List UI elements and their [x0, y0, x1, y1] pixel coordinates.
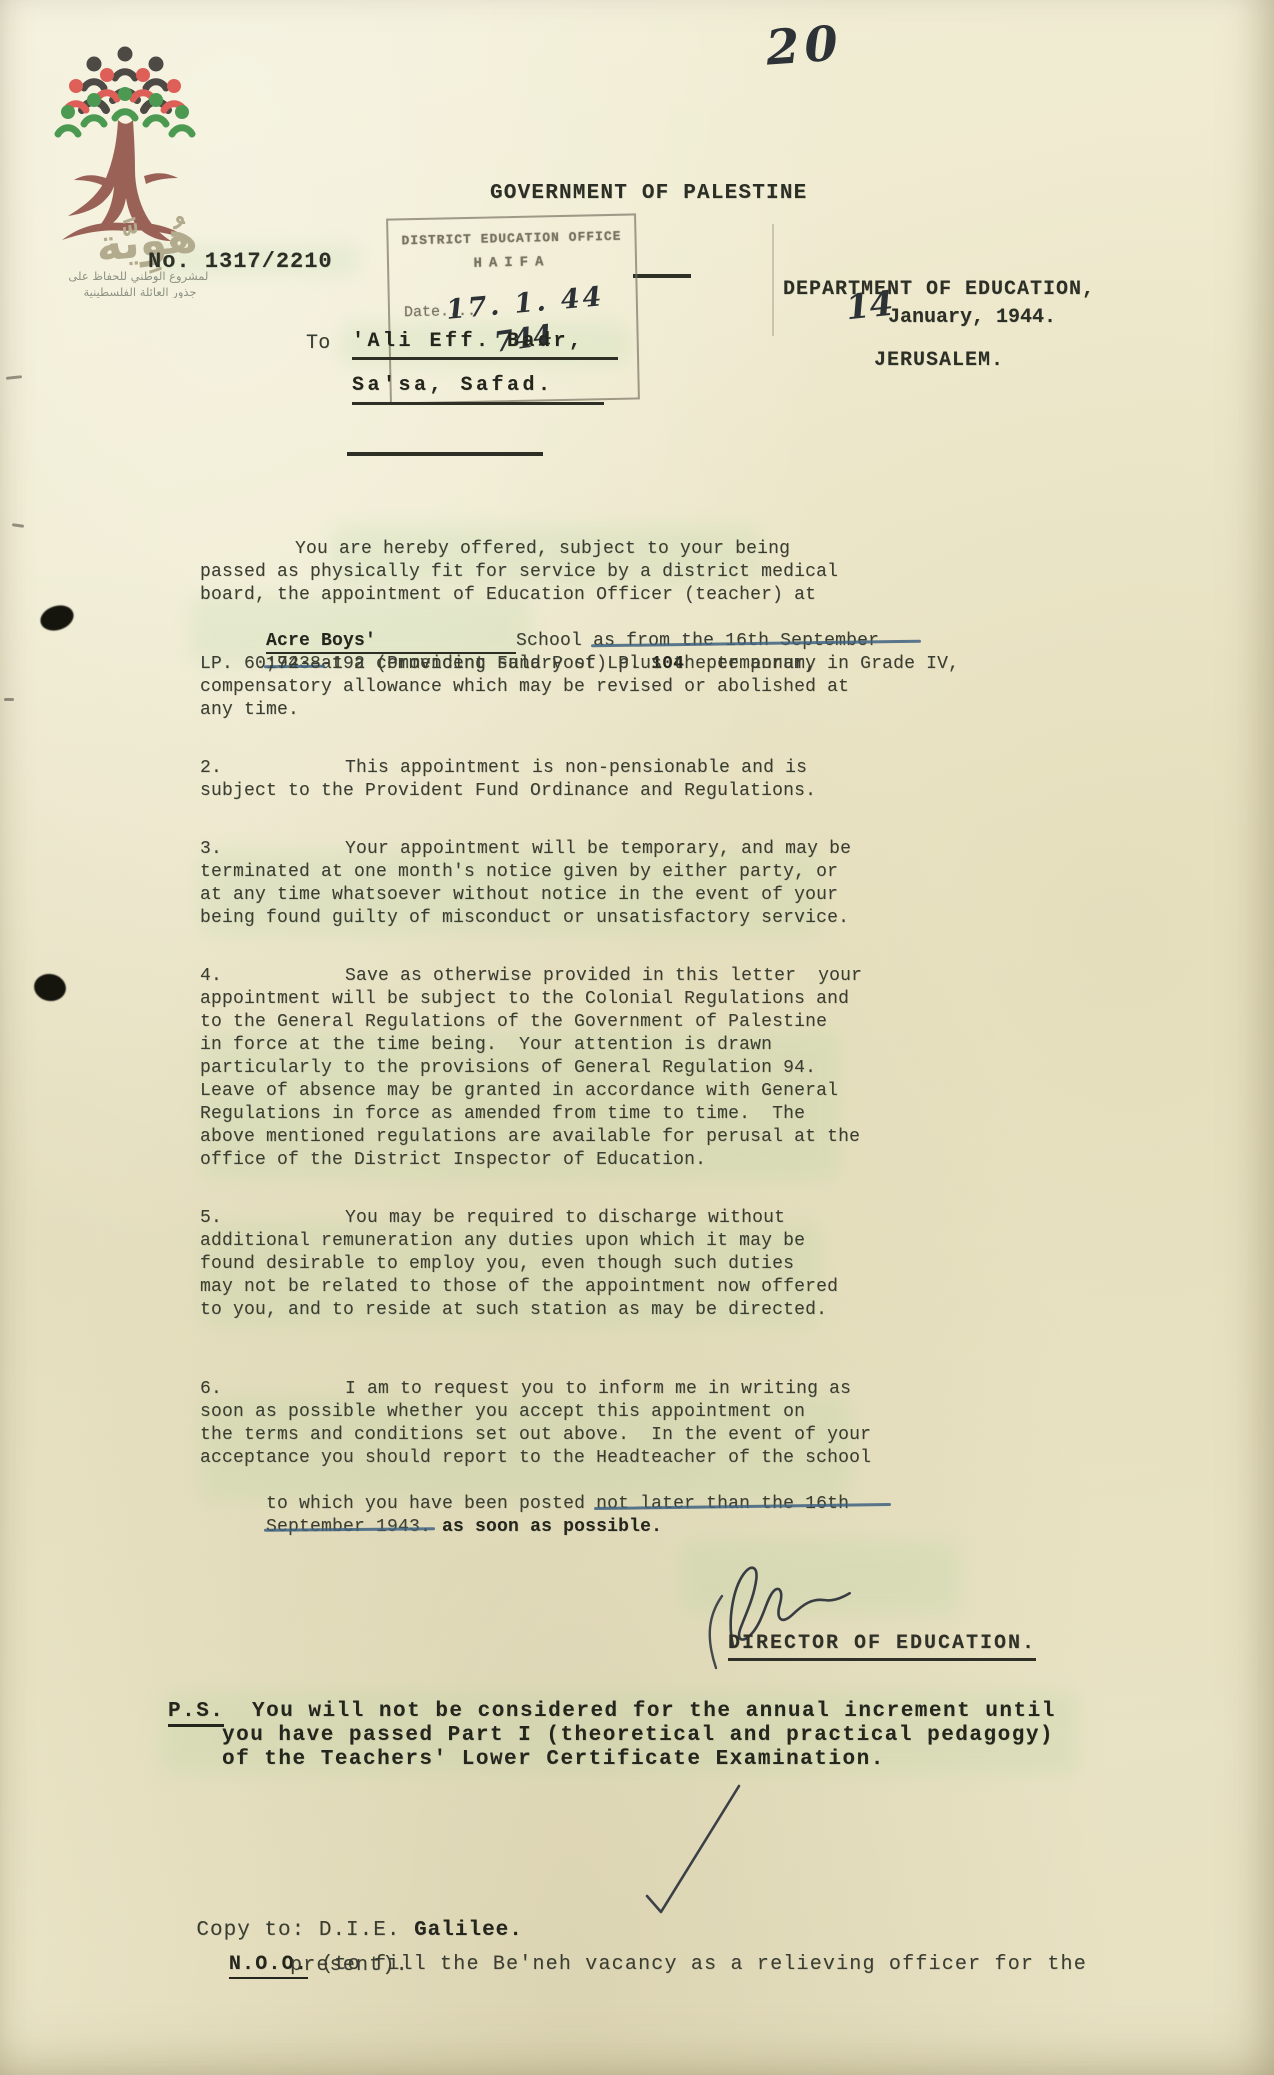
logo-caption-line2: جذور العائلة الفلسطينية	[83, 285, 196, 298]
department-line1: DEPARTMENT OF EDUCATION,	[778, 278, 1100, 301]
as-soon-as-possible-text: as soon as possible.	[431, 1517, 662, 1537]
paragraph-number: 6.	[200, 1378, 222, 1401]
letter-line: at any time whatsoever without notice in…	[200, 884, 838, 907]
letter-line: office of the District Inspector of Educ…	[200, 1149, 706, 1172]
letter-line: particularly to the provisions of Genera…	[200, 1057, 816, 1080]
letter-line: may not be related to those of the appoi…	[200, 1276, 838, 1299]
signature-title: DIRECTOR OF EDUCATION.	[728, 1632, 1036, 1661]
ps-label: P.S.	[168, 1700, 224, 1727]
ink-blot	[32, 971, 68, 1003]
addressee-underline	[352, 357, 618, 360]
ps-line: You will not be considered for the annua…	[252, 1700, 1056, 1723]
page-title: GOVERNMENT OF PALESTINE	[490, 182, 807, 205]
letter-line: any time.	[200, 699, 299, 722]
paragraph-number: 5.	[200, 1207, 222, 1230]
signature-bracket-mark	[698, 1592, 732, 1672]
paragraph-number: 4.	[200, 965, 222, 988]
letter-line: board, the appointment of Education Offi…	[200, 584, 816, 607]
scan-line-artifact	[772, 224, 774, 336]
address-to-label: To	[306, 332, 330, 355]
letter-line: compensatory allowance which may be revi…	[200, 676, 849, 699]
reference-number: No. 1317/2210	[148, 249, 333, 274]
pencil-mark	[12, 523, 24, 528]
addressee-town-underline	[352, 402, 604, 405]
stamp-town-line: HAIFA	[389, 252, 635, 273]
letter-date: January, 1944.	[888, 306, 1056, 329]
salutation-rule	[347, 452, 543, 456]
letter-line: additional remuneration any duties upon …	[200, 1230, 805, 1253]
letter-line: appointment will be subject to the Colon…	[200, 988, 849, 1011]
check-mark	[635, 1778, 755, 1923]
letter-line: I am to request you to inform me in writ…	[345, 1378, 851, 1401]
noo-line2: present).	[290, 1954, 409, 1977]
ink-blot	[37, 601, 77, 634]
letter-line: Your appointment will be temporary, and …	[345, 838, 851, 861]
addressee-name: 'Ali Eff. Badr,	[352, 330, 585, 353]
scanned-letter-page: هُوِيَّة المشروع الوطني للحفاظ على جذور …	[0, 0, 1274, 2075]
paragraph-number: 2.	[200, 757, 222, 780]
letter-line: in force at the time being. Your attenti…	[200, 1034, 772, 1057]
logo-people-icon	[58, 47, 192, 135]
ps-line: you have passed Part I (theoretical and …	[222, 1724, 1054, 1747]
letter-line: found desirable to employ you, even thou…	[200, 1253, 794, 1276]
pencil-mark	[6, 375, 22, 380]
letter-line: to the General Regulations of the Govern…	[200, 1011, 827, 1034]
ps-line: of the Teachers' Lower Certificate Exami…	[222, 1748, 885, 1771]
letter-line: above mentioned regulations are availabl…	[200, 1126, 860, 1149]
letter-line: soon as possible whether you accept this…	[200, 1401, 805, 1424]
letter-line: being found guilty of misconduct or unsa…	[200, 907, 849, 930]
letter-line: acceptance you should report to the Head…	[200, 1447, 871, 1470]
letter-line: the terms and conditions set out above. …	[200, 1424, 871, 1447]
noo-text: (to fill the Be'neh vacancy as a relievi…	[308, 1953, 1087, 1976]
paragraph-number: 3.	[200, 838, 222, 861]
letter-line: LP. 60;72-8-192 (Provident Fund Post) pl…	[200, 653, 816, 676]
letter-line: Leave of absence may be granted in accor…	[200, 1080, 838, 1103]
letter-line-struck: September 1943. as soon as possible.	[200, 1493, 662, 1562]
letter-line: Save as otherwise provided in this lette…	[345, 965, 862, 988]
letter-line: terminated at one month's notice given b…	[200, 861, 838, 884]
letter-line: Regulations in force as amended from tim…	[200, 1103, 805, 1126]
title-rule	[633, 274, 691, 278]
letter-line: to you, and to reside at such station as…	[200, 1299, 827, 1322]
letter-line: subject to the Provident Fund Ordinance …	[200, 780, 816, 803]
pencil-mark	[4, 698, 14, 701]
letter-line: You may be required to discharge without	[345, 1207, 785, 1230]
struck-text: September 1943.	[266, 1517, 431, 1537]
handwritten-page-number: 20	[764, 15, 845, 76]
letter-line: passed as physically fit for service by …	[200, 561, 838, 584]
stamp-office-line: DISTRICT EDUCATION OFFICE	[388, 228, 634, 248]
addressee-town: Sa'sa, Safad.	[352, 374, 554, 397]
department-line2: JERUSALEM.	[778, 349, 1100, 372]
letter-line: This appointment is non-pensionable and …	[345, 757, 807, 780]
letter-line: You are hereby offered, subject to your …	[295, 538, 790, 561]
